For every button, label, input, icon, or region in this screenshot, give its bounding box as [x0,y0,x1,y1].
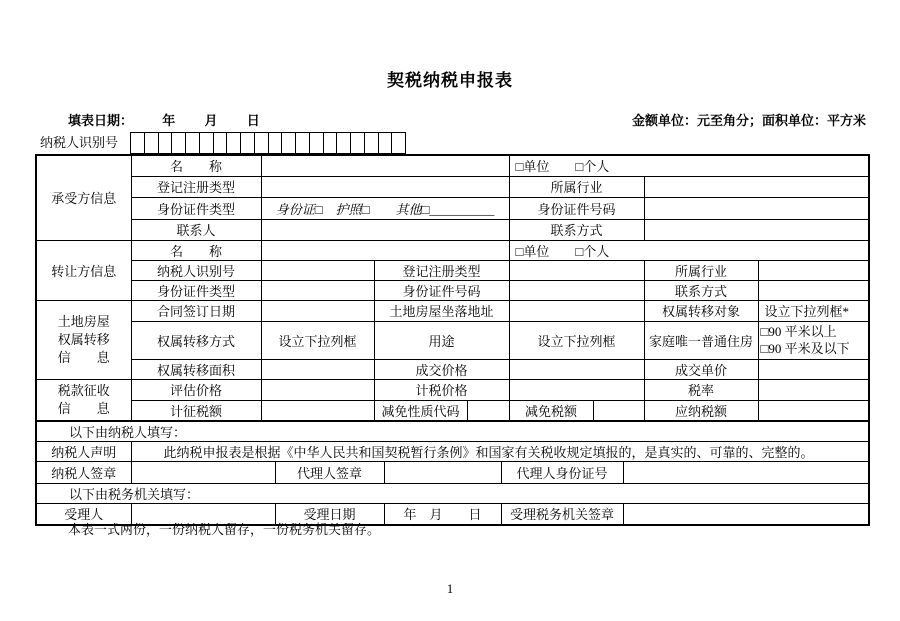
transferor-industry-label: 所属行业 [644,260,758,280]
transferee-unit-individual-checkboxes[interactable]: □单位 □个人 [509,155,869,176]
transferor-industry-input[interactable] [758,260,869,280]
tax-rate-label: 税率 [644,379,758,400]
units-note: 金额单位：元至角分；面积单位：平方米 [632,110,866,129]
taxpayer-id-box[interactable] [186,133,200,153]
transferor-id-type-label: 身份证件类型 [131,280,261,300]
transferee-contact-person-input[interactable] [261,219,509,240]
transfer-object-dropdown[interactable]: 设立下拉列框* [758,300,869,321]
taxpayer-id-box[interactable] [131,133,145,153]
reduction-amount-input[interactable] [593,400,644,421]
transferee-contact-label: 联系方式 [509,219,644,240]
transferor-unit-individual-checkboxes[interactable]: □单位 □个人 [509,240,869,260]
transferee-id-number-input[interactable] [644,197,869,219]
transferee-id-type-checkboxes[interactable]: 身份证□ 护照□ 其他□__________ [261,197,509,219]
family-only-label: 家庭唯一普通住房 [644,321,758,359]
transferor-name-label: 名 称 [131,240,261,260]
reduction-code-label: 减免性质代码 [374,400,467,421]
section-transferor: 转让方信息 [36,240,131,300]
agent-seal-input[interactable] [384,461,501,483]
payable-tax-label: 应纳税额 [644,400,758,421]
taxpayer-id-boxes[interactable] [130,132,406,154]
taxpayer-id-box[interactable] [379,133,393,153]
tax-rate-input[interactable] [758,379,869,400]
taxpayer-id-box[interactable] [337,133,351,153]
transferee-reg-type-input[interactable] [261,176,509,197]
taxpayer-id-box[interactable] [145,133,159,153]
deed-tax-form-page: 契税纳税申报表 填表日期： 年 月 日 金额单位：元至角分；面积单位：平方米 纳… [0,0,900,621]
transferee-industry-input[interactable] [644,176,869,197]
transferee-reg-type-label: 登记注册类型 [131,176,261,197]
taxpayer-id-box[interactable] [241,133,255,153]
taxpayer-id-label: 纳税人识别号 [40,132,118,154]
area-over-90-checkbox[interactable]: □90 平米以上 [761,323,867,340]
transferor-reg-type-label: 登记注册类型 [374,260,509,280]
transferee-industry-label: 所属行业 [509,176,644,197]
page-number: 1 [0,581,900,597]
transferee-contact-input[interactable] [644,219,869,240]
taxable-price-label: 计税价格 [374,379,509,400]
unit-price-input[interactable] [758,359,869,379]
main-table: 承受方信息 名 称 □单位 □个人 登记注册类型 所属行业 身份证件类型 身份证… [35,154,870,422]
deal-price-label: 成交价格 [374,359,509,379]
taxpayer-seal-label: 纳税人签章 [36,461,131,483]
usage-dropdown[interactable]: 设立下拉列框 [509,321,644,359]
transferor-contact-input[interactable] [758,280,869,300]
transferor-contact-label: 联系方式 [644,280,758,300]
transferee-name-label: 名 称 [131,155,261,176]
transferor-taxpayer-id-input[interactable] [261,260,374,280]
taxpayer-id-box[interactable] [351,133,365,153]
taxpayer-id-box[interactable] [324,133,338,153]
form-headline: 填表日期： 年 月 日 金额单位：元至角分；面积单位：平方米 [68,110,866,129]
agent-seal-label: 代理人签章 [275,461,384,483]
authority-fill-note: 以下由税务机关填写： [36,483,869,503]
taxpayer-id-box[interactable] [269,133,283,153]
agent-id-label: 代理人身份证号 [501,461,623,483]
taxpayer-id-box[interactable] [172,133,186,153]
section-transfer-info: 土地房屋 权属转移 信 息 [36,300,131,379]
page-title: 契税纳税申报表 [0,66,900,91]
reduction-amount-label: 减免税额 [509,400,593,421]
contract-date-input[interactable] [261,300,374,321]
transferor-id-number-label: 身份证件号码 [374,280,509,300]
transferee-id-type-label: 身份证件类型 [131,197,261,219]
taxpayer-id-box[interactable] [392,133,405,153]
transfer-area-input[interactable] [261,359,374,379]
transferee-contact-person-label: 联系人 [131,219,261,240]
assessed-price-input[interactable] [261,379,374,400]
accept-date-input[interactable]: 年 月 日 [384,503,501,525]
taxable-price-input[interactable] [509,379,644,400]
taxpayer-seal-input[interactable] [131,461,275,483]
reduction-code-input[interactable] [467,400,509,421]
taxpayer-id-box[interactable] [227,133,241,153]
transferee-id-number-label: 身份证件号码 [509,197,644,219]
transferor-name-input[interactable] [261,240,509,260]
area-size-checkboxes[interactable]: □90 平米以上 □90 平米及以下 [758,321,869,359]
fill-date-month: 月 [205,113,218,128]
authority-seal-input[interactable] [623,503,869,525]
payable-tax-input[interactable] [758,400,869,421]
taxpayer-id-box[interactable] [310,133,324,153]
transferor-id-type-input[interactable] [261,280,374,300]
taxpayer-id-box[interactable] [200,133,214,153]
transfer-method-label: 权属转移方式 [131,321,261,359]
agent-id-input[interactable] [623,461,869,483]
unit-price-label: 成交单价 [644,359,758,379]
fill-date-year: 年 [162,113,175,128]
taxpayer-statement-label: 纳税人声明 [36,441,131,461]
fill-date-day: 日 [247,113,260,128]
deal-price-input[interactable] [509,359,644,379]
transfer-area-label: 权属转移面积 [131,359,261,379]
authority-seal-label: 受理税务机关签章 [501,503,623,525]
levied-tax-label: 计征税额 [131,400,261,421]
assessed-price-label: 评估价格 [131,379,261,400]
location-label: 土地房屋坐落地址 [374,300,509,321]
taxpayer-id-box[interactable] [214,133,228,153]
taxpayer-statement-text: 此纳税申报表是根据《中华人民共和国契税暂行条例》和国家有关税收规定填报的，是真实… [131,441,869,461]
transferor-reg-type-input[interactable] [509,260,644,280]
fill-date-line: 填表日期： 年 月 日 [68,110,260,129]
area-under-90-checkbox[interactable]: □90 平米及以下 [761,340,867,357]
fill-date-label: 填表日期： [68,113,133,128]
duplicate-copy-note: 本表一式两份，一份纳税人留存，一份税务机关留存。 [68,519,380,538]
levied-tax-input[interactable] [261,400,374,421]
taxpayer-id-box[interactable] [255,133,269,153]
taxpayer-id-box[interactable] [296,133,310,153]
taxpayer-id-box[interactable] [365,133,379,153]
transferor-taxpayer-id-label: 纳税人识别号 [131,260,261,280]
section-tax-info: 税款征收 信 息 [36,379,131,421]
transferee-name-input[interactable] [261,155,509,176]
usage-label: 用途 [374,321,509,359]
location-input[interactable] [509,300,644,321]
taxpayer-fill-note: 以下由纳税人填写： [36,421,869,442]
section-transferee: 承受方信息 [36,155,131,240]
transfer-object-label: 权属转移对象 [644,300,758,321]
taxpayer-id-box[interactable] [159,133,173,153]
contract-date-label: 合同签订日期 [131,300,261,321]
transfer-method-dropdown[interactable]: 设立下拉列框 [261,321,374,359]
declaration-table: 以下由纳税人填写： 纳税人声明 此纳税申报表是根据《中华人民共和国契税暂行条例》… [35,420,870,527]
transferor-id-number-input[interactable] [509,280,644,300]
taxpayer-id-box[interactable] [282,133,296,153]
